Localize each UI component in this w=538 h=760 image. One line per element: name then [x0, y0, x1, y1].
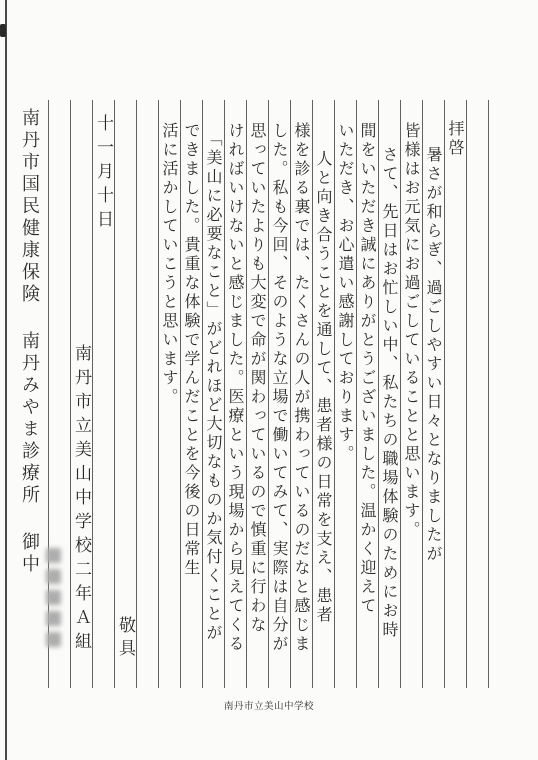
letter-column: した。私も今回、そのような立場で働いてみて、実際は自分が — [268, 122, 290, 654]
letter-column: 間をいただき誠にありがとうございました。温かく迎えて — [356, 122, 378, 616]
letter-column: さて、先日はお忙しい中、私たちの職場体験のためにお時 — [378, 146, 400, 640]
letter-column: 様を診る裏では、たくさんの人が携わっているのだなと感じま — [290, 122, 312, 654]
date-column: 十一月十日 — [92, 114, 114, 234]
letter-column: 活に活かしていこうと思います。 — [158, 122, 180, 407]
redaction-blob — [46, 632, 61, 647]
recipient-column: 南丹市国民健康保険 南丹みやま診療所 御中 — [14, 108, 44, 576]
redaction-blob — [46, 590, 61, 605]
letter-column: 思っていたよりも大変で命が関わっているので慎重に行わな — [246, 122, 268, 635]
letter-column: できました。貴重な体験で学んだことを今後の日常生 — [180, 122, 202, 578]
redaction-blob — [46, 569, 61, 584]
letter-column: いただき、お心遣い感謝しております。 — [334, 122, 356, 464]
footer-school-caption: 南丹市立美山中学校 — [0, 698, 538, 712]
scanned-letter-page: 拝啓 暑さが和らぎ、過ごしやすい日々となりましたが 皆様はお元気にお過ごしている… — [0, 0, 538, 760]
letter-column: 「美山に必要なこと」がどれほど大切なものか気付くことが — [202, 130, 224, 643]
letter-column: 人と向き合うことを通して、患者様の日常を支え、患者 — [312, 150, 334, 625]
closing-column: 敬具 — [114, 616, 136, 662]
redaction-blob — [46, 548, 61, 563]
letter-column: 暑さが和らぎ、過ごしやすい日々となりましたが — [422, 146, 444, 564]
salutation-column: 拝啓 — [444, 120, 466, 158]
sender-school-column: 南丹市立美山中学校二年Ａ組 — [70, 344, 92, 656]
letter-column: ければいけないと感じました。医療という現場から見えてくる — [224, 122, 246, 654]
redacted-student-name — [46, 548, 61, 647]
scan-edge-mark — [0, 24, 6, 37]
letter-column: 皆様はお元気にお過ごしていることと思います。 — [400, 122, 422, 540]
redaction-blob — [46, 611, 61, 626]
scan-edge-artifact — [5, 0, 7, 760]
